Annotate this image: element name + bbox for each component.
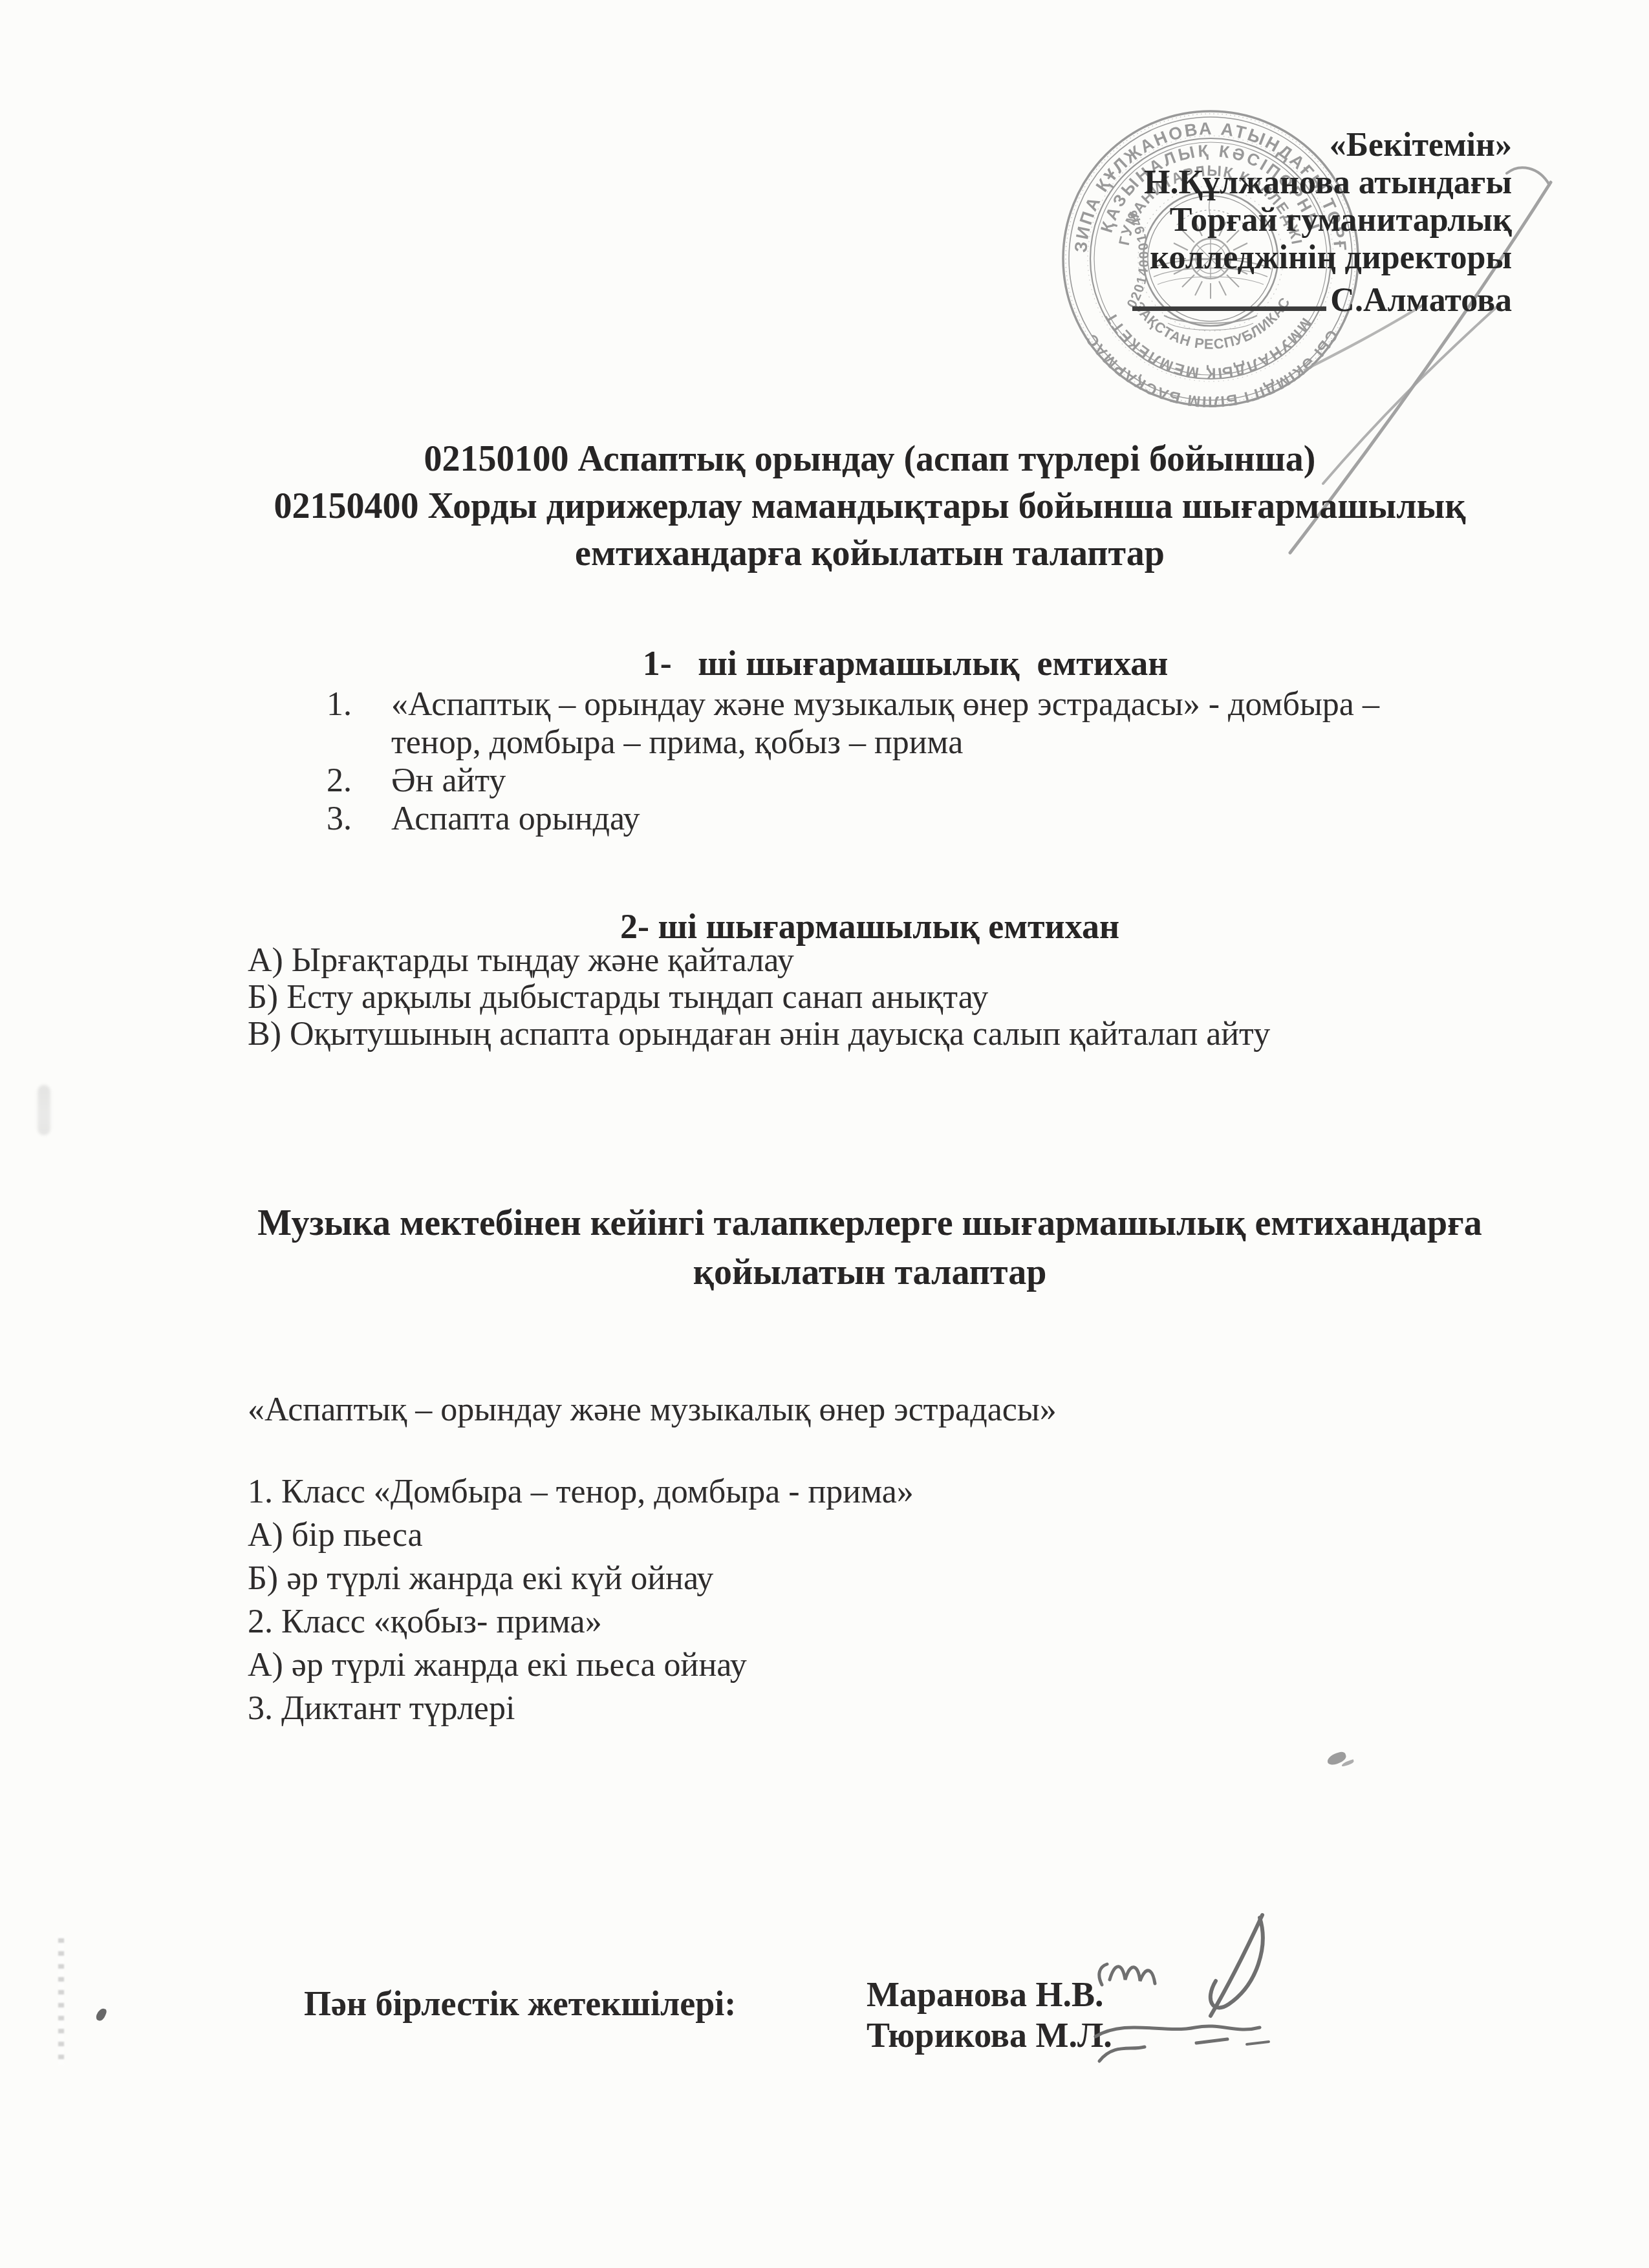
ink-blob xyxy=(1326,1751,1347,1766)
approval-signer-row: С.Алматова xyxy=(1132,277,1512,319)
title-line-3: емтихандарға қойылатын талаптар xyxy=(213,530,1526,577)
exam2-item-b: Б) Есту арқылы дыбыстарды тыңдап санап а… xyxy=(248,979,1515,1016)
exam2-heading: 2- ші шығармашылық емтихан xyxy=(213,907,1526,946)
after-school-requirements: 1. Класс «Домбыра – тенор, домбыра - при… xyxy=(248,1470,1515,1730)
after-school-heading-line-1: Музыка мектебінен кейінгі талапкерлерге … xyxy=(213,1199,1526,1248)
exam2-item-a: А) Ырғақтарды тыңдау және қайталау xyxy=(248,942,1515,979)
exam1-item-1-text: «Аспаптық – орындау және музыкалық өнер … xyxy=(391,685,1465,762)
exam1-list: 1. «Аспаптық – орындау және музыкалық өн… xyxy=(327,685,1484,838)
after-school-heading-line-2: қойылатын талаптар xyxy=(213,1248,1526,1297)
title-line-1: 02150100 Аспаптық орындау (аспап түрлері… xyxy=(213,436,1526,483)
exam1-heading: 1- ші шығармашылық емтихан xyxy=(249,644,1562,683)
exam2-item-v: В) Оқытушының аспапта орындаған әнін дау… xyxy=(248,1016,1515,1053)
class-line-3: Б) әр түрлі жанрда екі күй ойнау xyxy=(248,1557,1515,1600)
class-line-5: А) әр түрлі жанрда екі пьеса ойнау xyxy=(248,1643,1515,1687)
class-line-2: А) бір пьеса xyxy=(248,1514,1515,1557)
scan-streak xyxy=(58,1934,64,2065)
exam1-item-1: 1. «Аспаптық – орындау және музыкалық өн… xyxy=(327,685,1484,762)
document-title: 02150100 Аспаптық орындау (аспап түрлері… xyxy=(213,436,1526,577)
approval-line-approve: «Бекітемін» xyxy=(1132,127,1512,164)
class-line-1: 1. Класс «Домбыра – тенор, домбыра - при… xyxy=(248,1470,1515,1514)
approval-line-college-1: Н.Құлжанова атындағы xyxy=(1132,164,1512,202)
footer-name-1: Маранова Н.В. xyxy=(867,1974,1112,2015)
after-school-heading: Музыка мектебінен кейінгі талапкерлерге … xyxy=(213,1199,1526,1297)
exam1-item-1-number: 1. xyxy=(327,685,391,723)
exam1-item-3-text: Аспапта орындау xyxy=(391,800,1465,838)
exam1-item-2-number: 2. xyxy=(327,762,391,800)
signature-underline xyxy=(1132,277,1326,311)
approval-signer-name: С.Алматова xyxy=(1330,282,1512,319)
approval-block: «Бекітемін» Н.Құлжанова атындағы Торғай … xyxy=(1132,127,1512,319)
pencil-tick xyxy=(95,2007,107,2022)
exam1-item-3: 3. Аспапта орындау xyxy=(327,800,1484,838)
footer-name-2: Тюрикова М.Л. xyxy=(867,2015,1112,2056)
scanned-document-page: НӘЗИПА ҚҰЛЖАНОВА АТЫНДАҒЫ ТОРҒАЙ ОБЛЫСЫ … xyxy=(0,0,1649,2268)
footer-label: Пән бірлестік жетекшілері: xyxy=(304,1984,736,2024)
approval-line-college-2: Торғай гуманитарлық xyxy=(1132,202,1512,239)
exam1-item-2-text: Ән айту xyxy=(391,762,1465,800)
exam2-list: А) Ырғақтарды тыңдау және қайталау Б) Ес… xyxy=(248,942,1515,1053)
after-school-subtitle: «Аспаптық – орындау және музыкалық өнер … xyxy=(248,1391,1057,1428)
class-line-6: 3. Диктант түрлері xyxy=(248,1687,1515,1730)
exam1-item-3-number: 3. xyxy=(327,800,391,838)
approval-line-college-3: колледжінің директоры xyxy=(1132,239,1512,277)
class-line-4: 2. Класс «қобыз- прима» xyxy=(248,1600,1515,1643)
title-line-2: 02150400 Хорды дирижерлау мамандықтары б… xyxy=(213,483,1526,530)
exam1-item-2: 2. Ән айту xyxy=(327,762,1484,800)
footer-names: Маранова Н.В. Тюрикова М.Л. xyxy=(867,1974,1112,2056)
scan-smudge xyxy=(38,1085,50,1135)
teachers-signature-strokes xyxy=(1086,1901,1306,2082)
